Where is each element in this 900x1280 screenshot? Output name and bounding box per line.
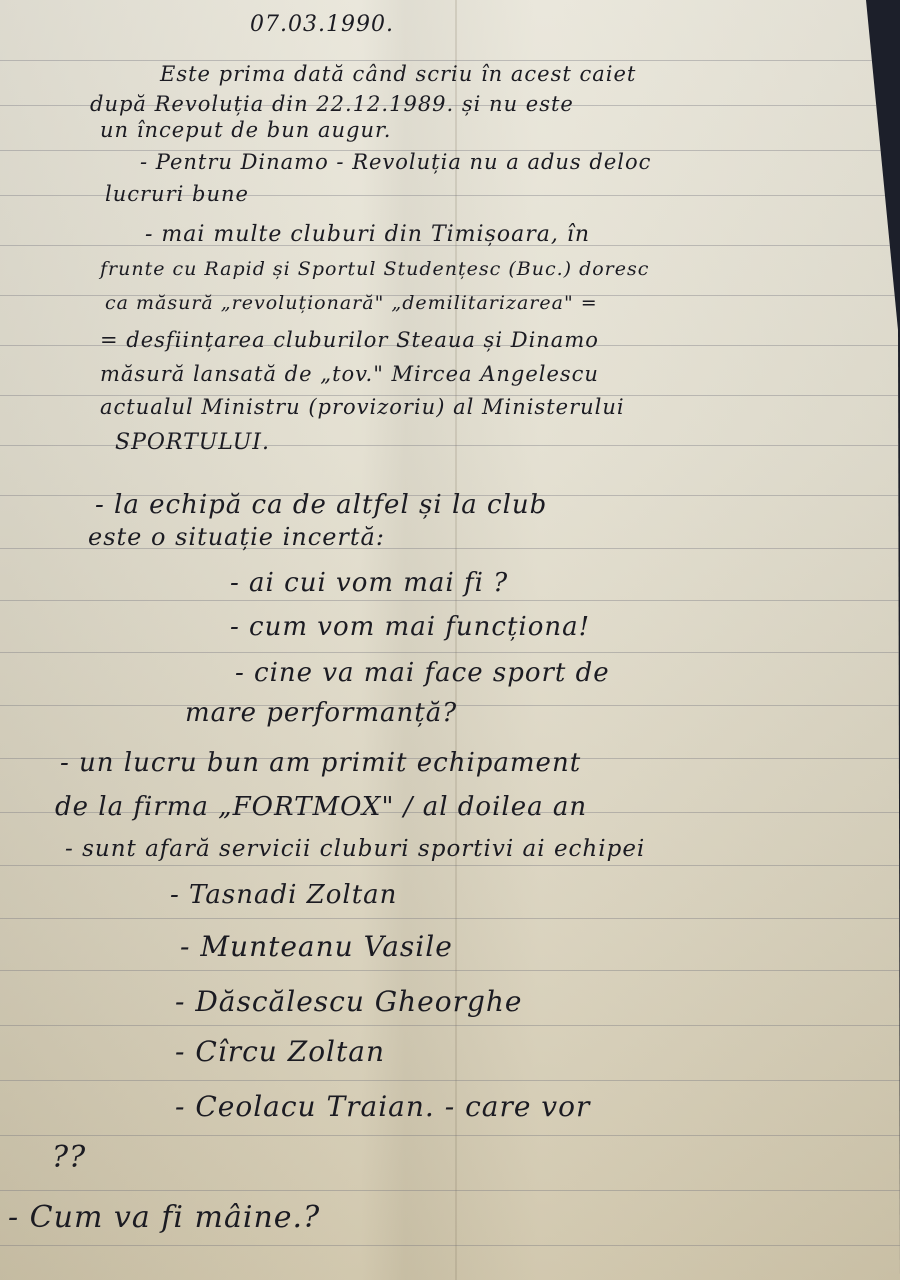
player-name: - Munteanu Vasile (180, 930, 453, 963)
ruled-line (0, 1135, 900, 1136)
handwritten-line: SPORTULUI. (115, 430, 270, 455)
handwritten-line: este o situație incertă: (88, 523, 385, 551)
notebook-page: 07.03.1990. Este prima dată când scriu î… (0, 0, 900, 1280)
handwritten-line: măsură lansată de „tov." Mircea Angelesc… (100, 362, 599, 386)
ruled-line (0, 1025, 900, 1026)
handwritten-line: - ai cui vom mai fi ? (230, 568, 508, 598)
ruled-line (0, 1080, 900, 1081)
ruled-line (0, 1245, 900, 1246)
handwritten-line: - mai multe cluburi din Timișoara, în (145, 222, 590, 247)
entry-date: 07.03.1990. (250, 12, 394, 37)
handwritten-line: frunte cu Rapid și Sportul Studențesc (B… (100, 258, 649, 280)
handwritten-line: - Pentru Dinamo - Revoluția nu a adus de… (140, 150, 651, 174)
handwritten-line: de la firma „FORTMOX" / al doilea an (55, 792, 587, 822)
player-name: - Dăscălescu Gheorghe (175, 985, 523, 1018)
handwritten-line: - la echipă ca de altfel și la club (95, 490, 547, 520)
handwritten-line: ?? (52, 1140, 86, 1175)
handwritten-line: - sunt afară servicii cluburi sportivi a… (65, 836, 645, 862)
player-name: - Ceolacu Traian. - care vor (175, 1090, 590, 1123)
player-name: - Cîrcu Zoltan (175, 1035, 385, 1068)
handwritten-line: = desființarea cluburilor Steaua și Dina… (100, 328, 599, 352)
handwritten-line: ca măsură „revoluționară" „demilitarizar… (105, 292, 598, 314)
handwritten-line: Este prima dată când scriu în acest caie… (160, 62, 636, 86)
ruled-line (0, 1190, 900, 1191)
handwritten-line: - Cum va fi mâine.? (8, 1200, 320, 1235)
player-name: - Tasnadi Zoltan (170, 880, 397, 910)
handwritten-line: mare performanță? (185, 698, 457, 728)
handwritten-line: - cine va mai face sport de (235, 658, 610, 688)
handwritten-line: - un lucru bun am primit echipament (60, 748, 581, 778)
ruled-line (0, 60, 900, 61)
ruled-line (0, 600, 900, 601)
ruled-line (0, 970, 900, 971)
ruled-line (0, 652, 900, 653)
handwritten-line: - cum vom mai funcționa! (230, 612, 590, 642)
handwritten-line: un început de bun augur. (100, 118, 391, 142)
ruled-line (0, 865, 900, 866)
handwritten-line: actualul Ministru (provizoriu) al Minist… (100, 395, 625, 419)
handwritten-line: lucruri bune (105, 182, 249, 206)
handwritten-line: după Revoluția din 22.12.1989. și nu est… (90, 92, 574, 116)
ruled-line (0, 918, 900, 919)
